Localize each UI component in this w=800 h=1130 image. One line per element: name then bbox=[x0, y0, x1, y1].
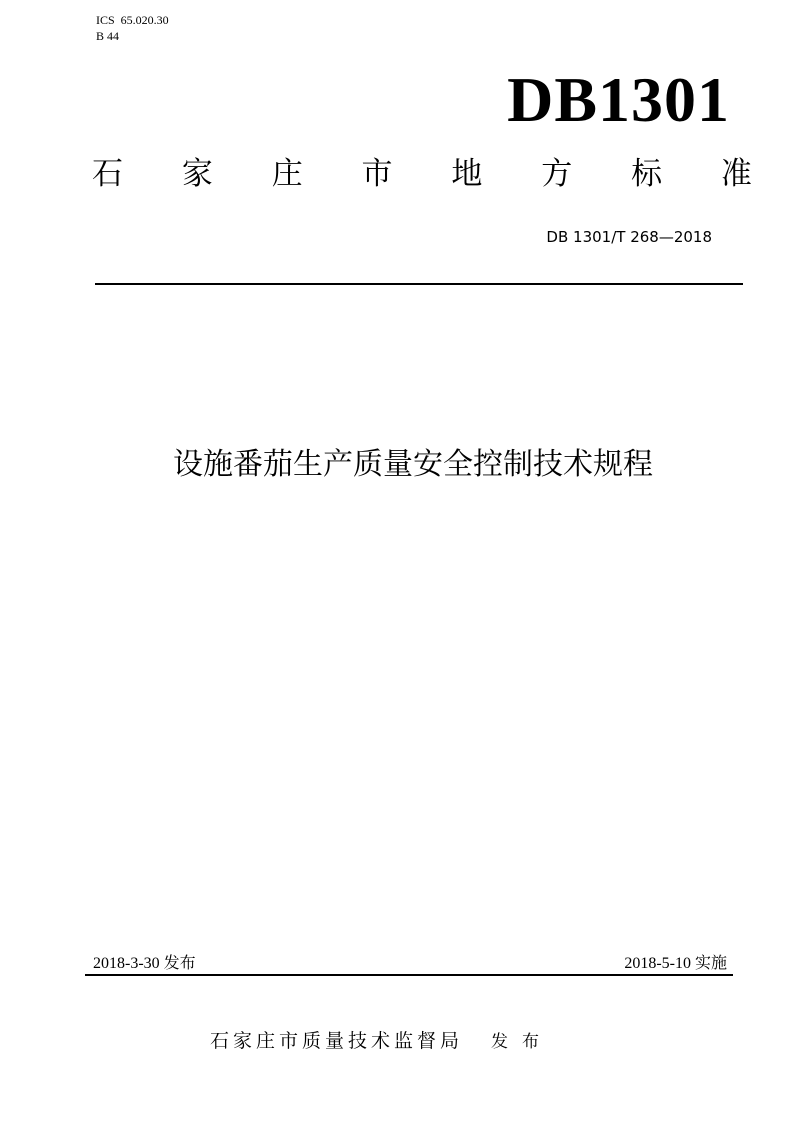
date-row: 2018-3-30 发布 2018-5-10 实施 bbox=[85, 954, 733, 974]
publish-date: 2018-3-30 发布 bbox=[93, 954, 196, 974]
standard-type-char: 准 bbox=[721, 152, 752, 196]
issue-label: 发布 bbox=[491, 1029, 553, 1055]
footer-divider bbox=[85, 974, 733, 976]
standard-type-char: 方 bbox=[541, 152, 572, 196]
document-title: 设施番茄生产质量安全控制技术规程 bbox=[0, 442, 800, 488]
header-divider bbox=[95, 283, 743, 285]
standard-type-char: 家 bbox=[182, 152, 213, 196]
classification-codes: ICS 65.020.30 B 44 bbox=[96, 12, 169, 44]
ccs-code: B 44 bbox=[96, 28, 169, 44]
implement-date: 2018-5-10 实施 bbox=[624, 954, 727, 974]
standard-type-char: 庄 bbox=[272, 152, 303, 196]
db-code: DB1301 bbox=[440, 60, 730, 140]
standard-type-heading: 石 家 庄 市 地 方 标 准 bbox=[92, 152, 752, 196]
issuer-line: 石家庄市质量技术监督局 发布 bbox=[210, 1028, 553, 1055]
standard-type-char: 市 bbox=[362, 152, 393, 196]
standard-type-char: 标 bbox=[631, 152, 662, 196]
issuer-name: 石家庄市质量技术监督局 bbox=[210, 1028, 463, 1054]
standard-type-char: 石 bbox=[92, 152, 123, 196]
ics-code: ICS 65.020.30 bbox=[96, 12, 169, 28]
standard-type-char: 地 bbox=[451, 152, 482, 196]
standard-number: DB 1301/T 268—2018 bbox=[480, 226, 712, 248]
